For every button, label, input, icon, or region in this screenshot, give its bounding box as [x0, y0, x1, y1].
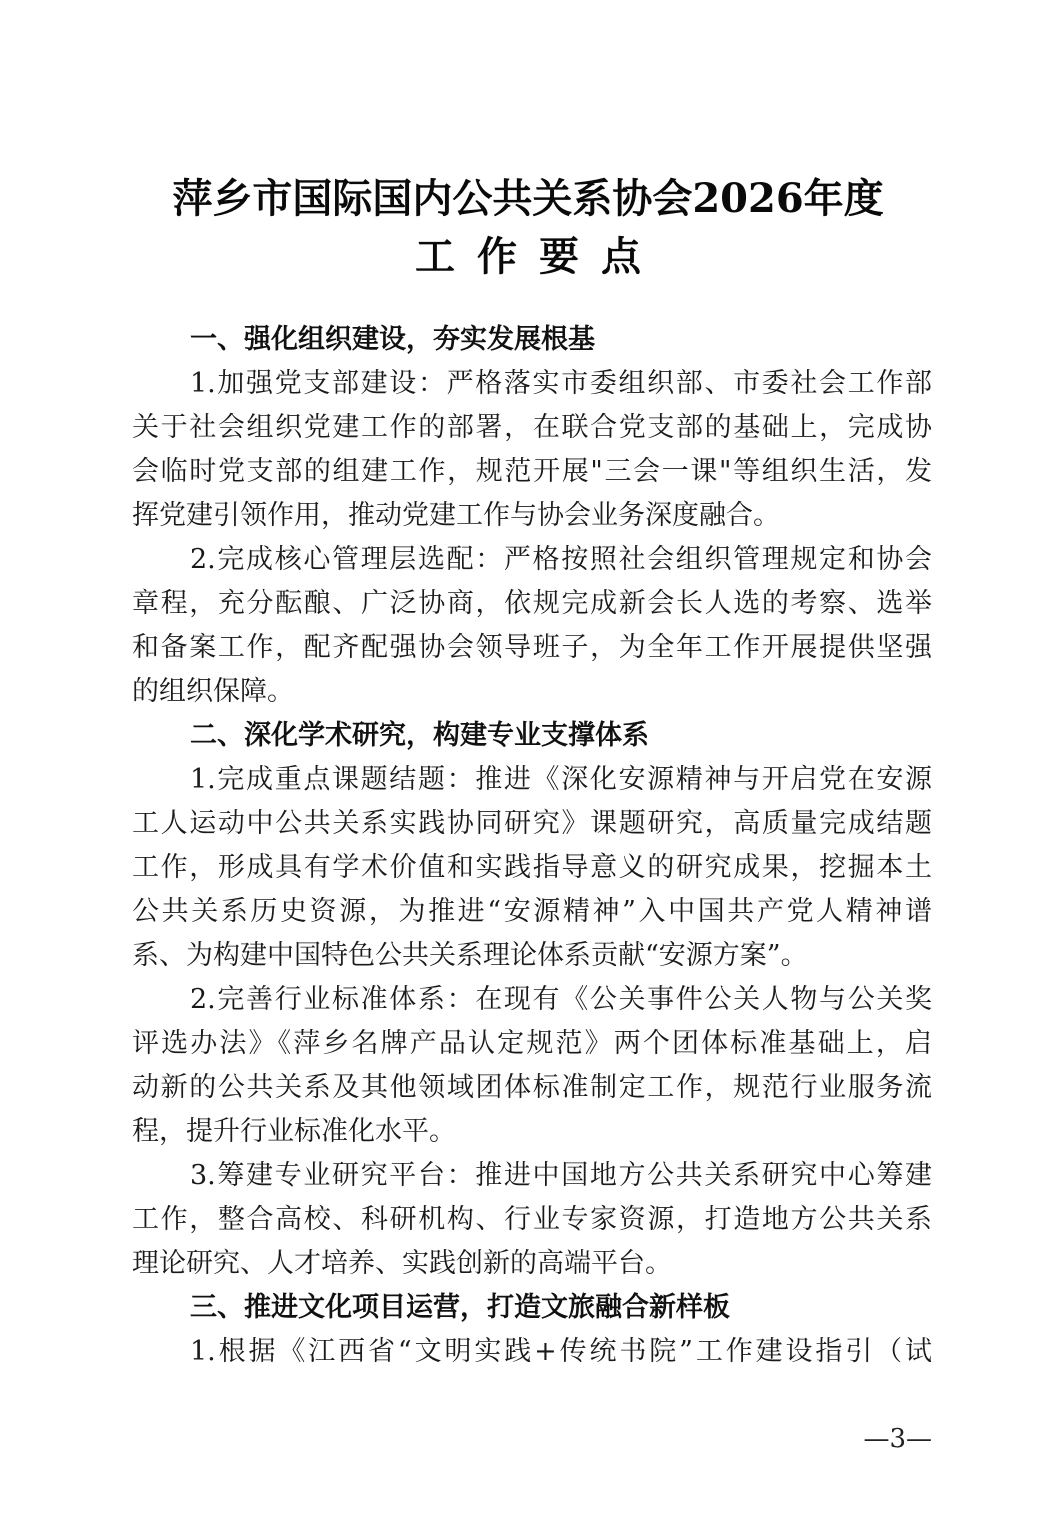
- section-heading-1: 一、强化组织建设，夯实发展根基: [132, 318, 932, 362]
- text-line: 2.完善行业标准体系：在现有《公关事件公关人物与公关奖: [132, 978, 932, 1022]
- document-body: 一、强化组织建设，夯实发展根基 1.加强党支部建设：严格落实市委组织部、市委社会…: [132, 318, 932, 1374]
- text-line: 工作，形成具有学术价值和实践指导意义的研究成果，挖掘本土: [132, 846, 932, 890]
- text-line: 章程，充分酝酿、广泛协商，依规完成新会长人选的考察、选举: [132, 582, 932, 626]
- text-line: 工作，整合高校、科研机构、行业专家资源，打造地方公共关系: [132, 1198, 932, 1242]
- paragraph-2-1: 1.完成重点课题结题：推进《深化安源精神与开启党在安源 工人运动中公共关系实践协…: [132, 758, 932, 978]
- page-number: —3—: [863, 1424, 932, 1454]
- paragraph-1-2: 2.完成核心管理层选配：严格按照社会组织管理规定和协会 章程，充分酝酿、广泛协商…: [132, 538, 932, 714]
- text-line: 和备案工作，配齐配强协会领导班子，为全年工作开展提供坚强: [132, 626, 932, 670]
- text-line: 3.筹建专业研究平台：推进中国地方公共关系研究中心筹建: [132, 1154, 932, 1198]
- title-line-1: 萍乡市国际国内公共关系协会2026年度: [0, 170, 1056, 228]
- text-line: 评选办法》《萍乡名牌产品认定规范》两个团体标准基础上，启: [132, 1022, 932, 1066]
- text-line: 系、为构建中国特色公共关系理论体系贡献“安源方案”。: [132, 934, 932, 978]
- paragraph-2-2: 2.完善行业标准体系：在现有《公关事件公关人物与公关奖 评选办法》《萍乡名牌产品…: [132, 978, 932, 1154]
- document-title: 萍乡市国际国内公共关系协会2026年度 工作要点: [0, 170, 1056, 286]
- text-line: 理论研究、人才培养、实践创新的高端平台。: [132, 1242, 932, 1286]
- title-line-2: 工作要点: [0, 228, 1056, 286]
- paragraph-2-3: 3.筹建专业研究平台：推进中国地方公共关系研究中心筹建 工作，整合高校、科研机构…: [132, 1154, 932, 1286]
- text-line: 会临时党支部的组建工作，规范开展"三会一课"等组织生活，发: [132, 450, 932, 494]
- text-line: 动新的公共关系及其他领域团体标准制定工作，规范行业服务流: [132, 1066, 932, 1110]
- text-line: 1.根据《江西省“文明实践+传统书院”工作建设指引（试: [132, 1330, 932, 1374]
- section-heading-2: 二、深化学术研究，构建专业支撑体系: [132, 714, 932, 758]
- text-line: 2.完成核心管理层选配：严格按照社会组织管理规定和协会: [132, 538, 932, 582]
- paragraph-3-1: 1.根据《江西省“文明实践+传统书院”工作建设指引（试: [132, 1330, 932, 1374]
- text-line: 关于社会组织党建工作的部署，在联合党支部的基础上，完成协: [132, 406, 932, 450]
- text-line: 程，提升行业标准化水平。: [132, 1110, 932, 1154]
- section-heading-3: 三、推进文化项目运营，打造文旅融合新样板: [132, 1286, 932, 1330]
- text-line: 的组织保障。: [132, 670, 932, 714]
- text-line: 公共关系历史资源，为推进“安源精神”入中国共产党人精神谱: [132, 890, 932, 934]
- text-line: 挥党建引领作用，推动党建工作与协会业务深度融合。: [132, 494, 932, 538]
- text-line: 1.完成重点课题结题：推进《深化安源精神与开启党在安源: [132, 758, 932, 802]
- paragraph-1-1: 1.加强党支部建设：严格落实市委组织部、市委社会工作部 关于社会组织党建工作的部…: [132, 362, 932, 538]
- text-line: 工人运动中公共关系实践协同研究》课题研究，高质量完成结题: [132, 802, 932, 846]
- document-page: 萍乡市国际国内公共关系协会2026年度 工作要点 一、强化组织建设，夯实发展根基…: [0, 0, 1056, 1522]
- text-line: 1.加强党支部建设：严格落实市委组织部、市委社会工作部: [132, 362, 932, 406]
